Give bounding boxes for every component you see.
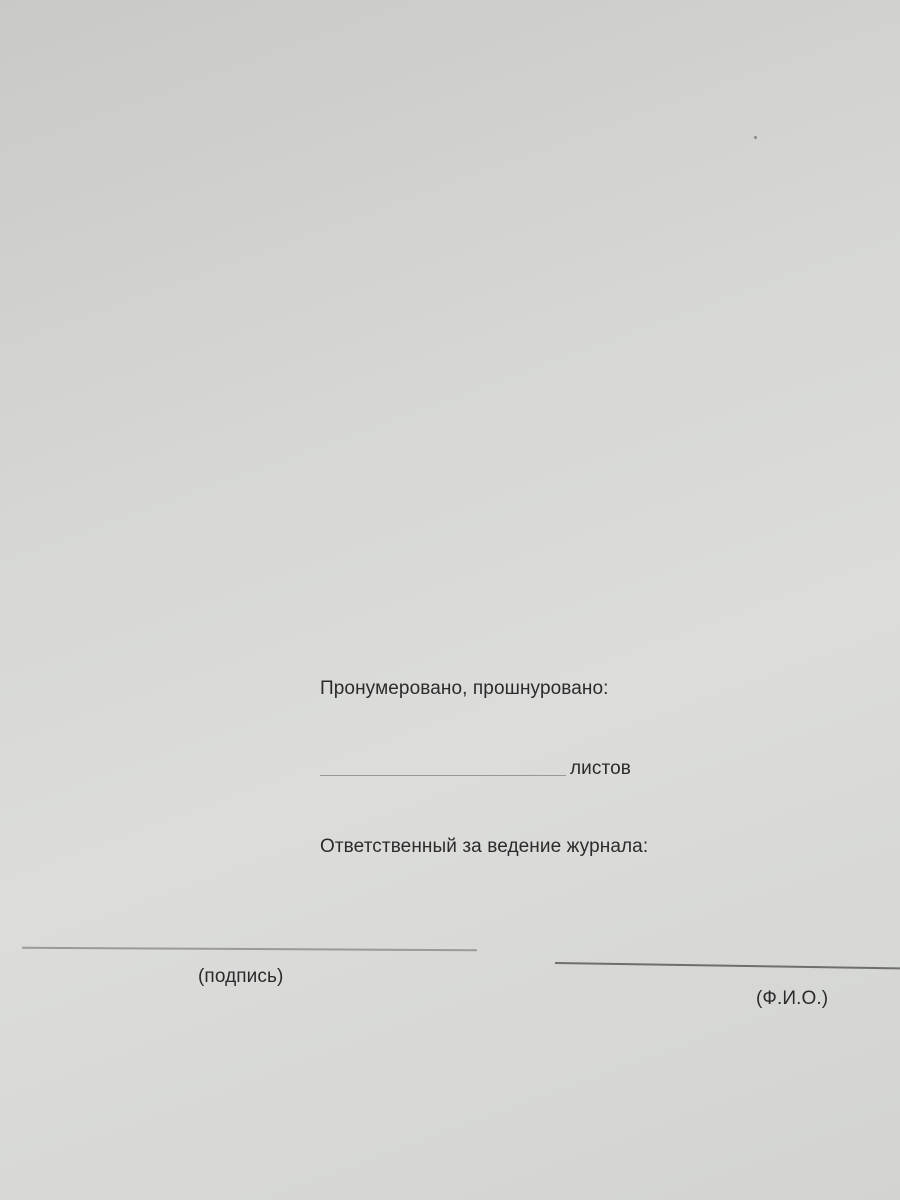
fullname-line[interactable] xyxy=(555,962,900,969)
signature-line[interactable] xyxy=(22,947,477,951)
sheets-label: листов xyxy=(570,758,631,780)
responsible-label: Ответственный за ведение журнала: xyxy=(320,836,648,858)
document-page: Пронумеровано, прошнуровано: листов Отве… xyxy=(0,0,900,1200)
signature-caption: (подпись) xyxy=(198,966,283,988)
numbered-label: Пронумеровано, прошнуровано: xyxy=(320,678,609,700)
sheets-count-line xyxy=(320,775,566,776)
fullname-caption: (Ф.И.О.) xyxy=(756,988,828,1010)
paper-speck xyxy=(754,136,757,139)
